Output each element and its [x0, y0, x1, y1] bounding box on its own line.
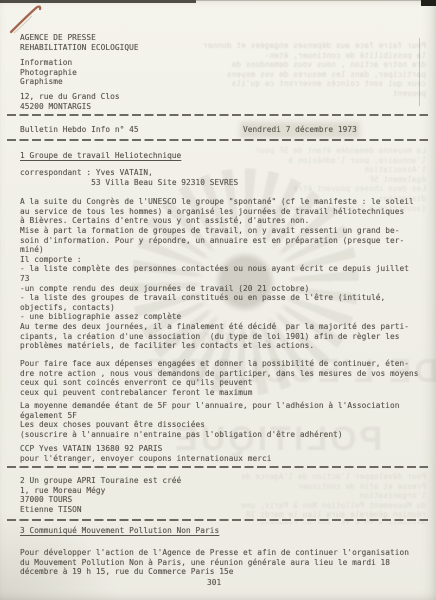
section-1-paragraph: A la suite du Congrès de l'UNESCO le gro… — [20, 197, 414, 226]
scanned-document-page: FONDATION DE L'ECOLOGIE POLITIQUE Pour f… — [0, 0, 436, 600]
section-3-heading: 3 Communiqué Mouvement Pollution Non Par… — [20, 526, 219, 536]
bulletin-date: Vendredi 7 décembre 1973 — [243, 125, 357, 135]
section-1-paragraph: Au terme des deux journées, il a finalem… — [20, 322, 409, 351]
section-1-correspondent: correspondant : Yves VATAIN, 53 Villa Be… — [20, 168, 238, 187]
scan-corner-artifact — [421, 0, 436, 6]
section-1-ccp-info: CCP Yves VATAIN 13680 92 PARIS pour l'ét… — [20, 444, 271, 463]
separator-line — [7, 139, 428, 141]
bleedthrough-text: Pour développer l'action de l'Agence de … — [240, 472, 426, 524]
page-number: 301 — [207, 578, 221, 588]
section-3-paragraph: Pour développer l'action de l'Agence de … — [20, 548, 409, 577]
section-1-heading: 1 Groupe de travail Heliotechnique — [20, 151, 181, 161]
letterhead-agency-name: AGENCE DE PRESSE REHABILITATION ECOLOGIQ… — [20, 33, 139, 52]
scan-edge-artifact — [196, 0, 436, 1]
separator-line — [7, 519, 428, 521]
bulletin-title: Bulletin Hebdo Info n° 45 — [20, 125, 139, 135]
section-1-paragraph: Pour faire face aux dépenses engagées et… — [20, 359, 419, 397]
separator-line — [7, 114, 428, 116]
section-2-text: 2 Un groupe APRI Touraine est créé 1, ru… — [20, 476, 181, 514]
letterhead-services: Information Photographie Graphisme — [20, 58, 77, 87]
section-1-paragraph: Mise à part la formation de groupes de t… — [20, 226, 409, 322]
bleedthrough-text: Pour faire face aux dépenses engagées et… — [198, 41, 426, 99]
letterhead-address: 12, rue du Grand Clos 45200 MONTARGIS — [20, 92, 120, 111]
section-1-paragraph: La moyenne demandée étant de 5F pour l'a… — [20, 401, 400, 439]
separator-line — [7, 466, 428, 468]
